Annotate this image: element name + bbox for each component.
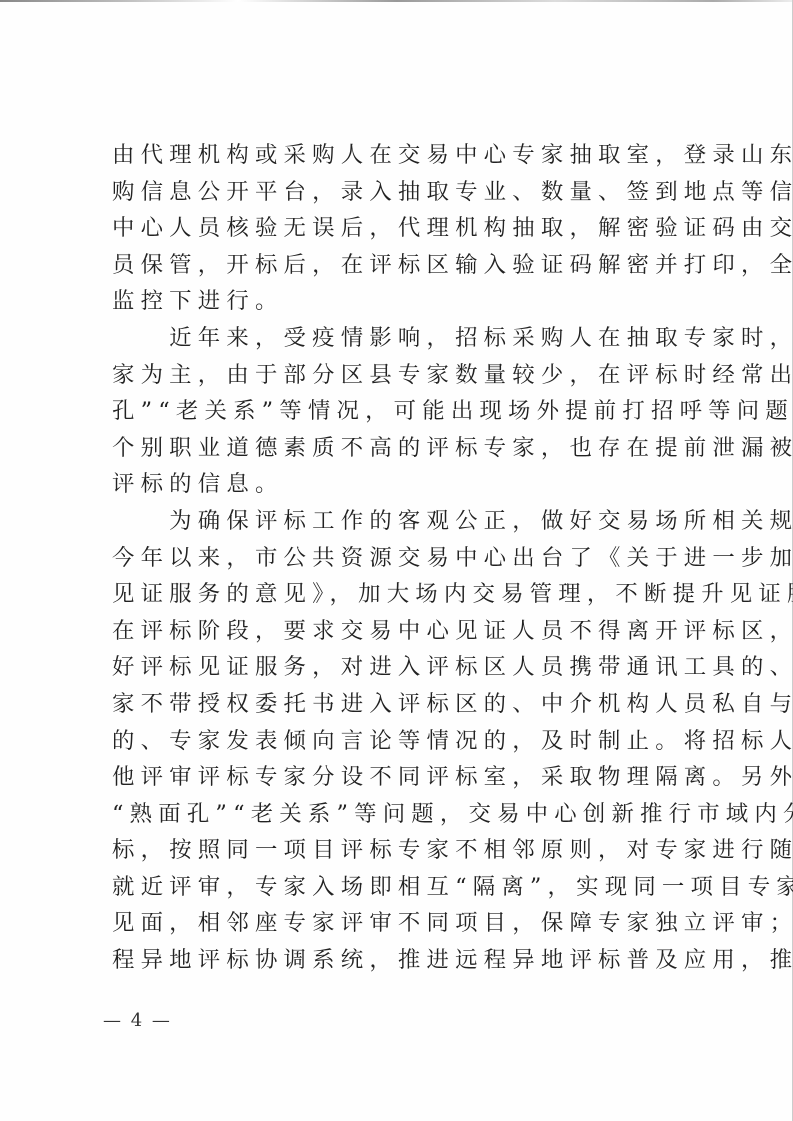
text-line: 家为主，由于部分区县专家数量较少，在评标时经常出现“熟面 — [112, 357, 714, 394]
text-line: 就近评审，专家入场即相互“隔离”，实现同一项目专家线下不 — [112, 869, 714, 906]
scan-top-edge — [0, 0, 793, 2]
body-text: 由代理机构或采购人在交易中心专家抽取室，登录山东省政府采 购信息公开平台，录入抽… — [112, 137, 714, 979]
paragraph-2: 近年来，受疫情影响，招标采购人在抽取专家时，以市内专 家为主，由于部分区县专家数… — [112, 320, 714, 503]
text-line: 见面，相邻座专家评审不同项目，保障专家独立评审；利用省远 — [112, 905, 714, 942]
text-line: 在评标阶段，要求交易中心见证人员不得离开评标区，全过程做 — [112, 613, 714, 650]
text-line: 个别职业道德素质不高的评标专家，也存在提前泄漏被抽中参与 — [112, 430, 714, 467]
text-line: 标，按照同一项目评标专家不相邻原则，对专家进行随机分配、 — [112, 832, 714, 869]
text-line: 好评标见证服务，对进入评标区人员携带通讯工具的、招标人专 — [112, 649, 714, 686]
paragraph-1: 由代理机构或采购人在交易中心专家抽取室，登录山东省政府采 购信息公开平台，录入抽… — [112, 137, 714, 320]
page-number: — 4 — — [103, 1010, 172, 1031]
text-line: 近年来，受疫情影响，招标采购人在抽取专家时，以市内专 — [112, 320, 714, 357]
text-line: 孔”“老关系”等情况，可能出现场外提前打招呼等问题。另外， — [112, 393, 714, 430]
text-line: 家不带授权委托书进入评标区的、中介机构人员私自与专家交流 — [112, 686, 714, 723]
text-line: 他评审评标专家分设不同评标室，采取物理隔离。另外，为破解 — [112, 759, 714, 796]
text-line: “熟面孔”“老关系”等问题，交易中心创新推行市域内分散评 — [112, 796, 714, 833]
paragraph-3: 为确保评标工作的客观公正，做好交易场所相关规范工作， 今年以来，市公共资源交易中… — [112, 503, 714, 979]
text-line: 程异地评标协调系统，推进远程异地评标普及应用，推动优质专 — [112, 942, 714, 979]
text-line: 监控下进行。 — [112, 283, 714, 320]
text-line: 购信息公开平台，录入抽取专业、数量、签到地点等信息，交易 — [112, 174, 714, 211]
text-line: 中心人员核验无误后，代理机构抽取，解密验证码由交易中心人 — [112, 210, 714, 247]
text-line: 的、专家发表倾向言论等情况的，及时制止。将招标人评委和其 — [112, 723, 714, 760]
text-line: 见证服务的意见》，加大场内交易管理，不断提升见证服务水平， — [112, 576, 714, 613]
text-line: 由代理机构或采购人在交易中心专家抽取室，登录山东省政府采 — [112, 137, 714, 174]
text-line: 评标的信息。 — [112, 466, 714, 503]
text-line: 员保管，开标后，在评标区输入验证码解密并打印，全程在电子 — [112, 247, 714, 284]
text-line: 为确保评标工作的客观公正，做好交易场所相关规范工作， — [112, 503, 714, 540]
document-page: 由代理机构或采购人在交易中心专家抽取室，登录山东省政府采 购信息公开平台，录入抽… — [0, 0, 793, 1121]
text-line: 今年以来，市公共资源交易中心出台了《关于进一步加强和规范 — [112, 540, 714, 577]
